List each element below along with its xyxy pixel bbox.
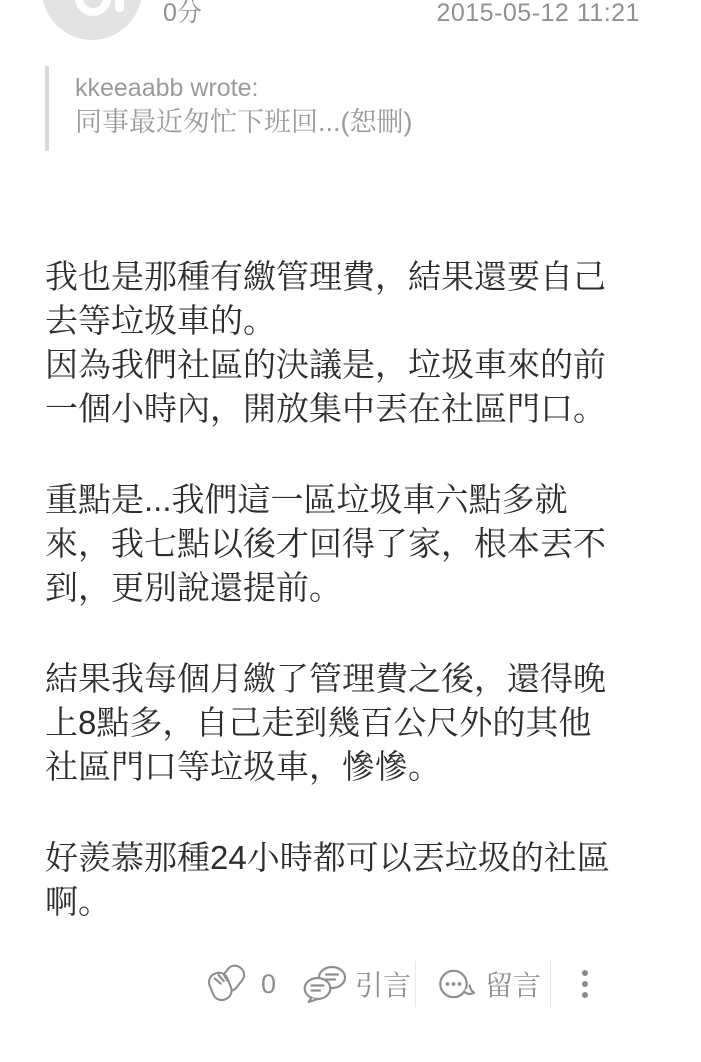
comment-button-label: 留言: [485, 964, 541, 1004]
post-paragraph: 我也是那種有繳管理費，結果還要自己 去等垃圾車的。 因為我們社區的決議是，垃圾車…: [45, 255, 670, 431]
quoted-reply-block: kkeeaabb wrote: 同事最近匆忙下班回...(恕刪): [45, 66, 651, 151]
forum-post: 0分 2015-05-12 11:21 kkeeaabb wrote: 同事最近…: [0, 0, 701, 1062]
kebab-menu-icon[interactable]: [577, 961, 593, 1007]
clap-button[interactable]: 0: [205, 964, 276, 1004]
avatar-letter-shape: [115, 0, 124, 12]
user-score: 0分: [163, 0, 202, 28]
quote-button-label: 引言: [355, 964, 411, 1004]
comment-bubble-dots-icon: [436, 964, 476, 1004]
speech-bubbles-icon: [303, 965, 347, 1003]
kebab-dot: [582, 970, 588, 976]
kebab-dot: [582, 981, 588, 987]
comment-button[interactable]: 留言: [436, 964, 541, 1004]
avatar[interactable]: [42, 0, 142, 40]
kebab-dot: [582, 992, 588, 998]
post-paragraph: 結果我每個月繳了管理費之後，還得晚 上8點多，自己走到幾百公尺外的其他 社區門口…: [45, 657, 670, 789]
post-timestamp: 2015-05-12 11:21: [436, 0, 640, 28]
clap-hands-icon: [205, 964, 247, 1004]
action-bar-divider: [550, 961, 551, 1007]
post-paragraph: 重點是...我們這一區垃圾車六點多就 來，我七點以後才回得了家，根本丟不 到，更…: [45, 478, 670, 610]
avatar-letter-shape: [75, 0, 111, 16]
post-body: 我也是那種有繳管理費，結果還要自己 去等垃圾車的。 因為我們社區的決議是，垃圾車…: [45, 255, 670, 971]
action-bar-divider: [415, 961, 416, 1007]
post-paragraph: 好羨慕那種24小時都可以丟垃圾的社區 啊。: [45, 836, 670, 924]
quote-author: kkeeaabb wrote:: [75, 71, 651, 105]
clap-count: 0: [261, 969, 276, 1000]
quote-excerpt: 同事最近匆忙下班回...(恕刪): [75, 105, 651, 140]
post-action-bar: 0 引言 留言: [0, 958, 701, 1010]
quote-button[interactable]: 引言: [303, 964, 411, 1004]
